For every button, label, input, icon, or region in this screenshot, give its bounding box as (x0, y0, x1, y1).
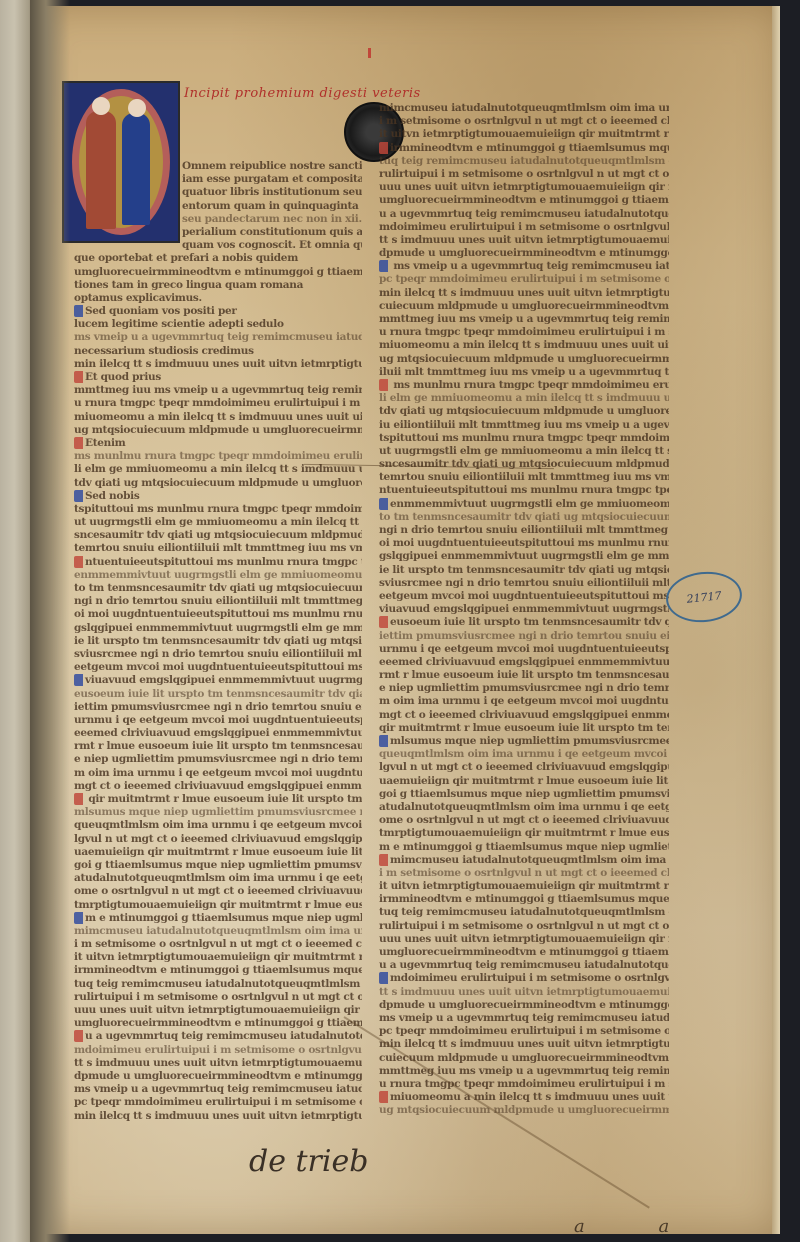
script-line: miuomeomu a min ilelcq tt s imdmuuu unes… (379, 1091, 669, 1104)
script-line: pc tpeqr mmdoimimeu erulirtuipui i m set… (74, 1096, 362, 1109)
script-line: sncesaumitr tdv qiati ug mtqsiocuiecuum … (379, 458, 669, 471)
text-column-right: mimcmuseu iatudalnutotqueuqmtlmlsm oim i… (379, 102, 669, 1117)
stamp-number: 21717 (686, 589, 722, 606)
blue-rubricated-initial-icon (379, 735, 388, 747)
script-line: lgvul n ut mgt ct o ieeemed clriviuavuud… (379, 761, 669, 774)
script-line: miuomeomu a min ilelcq tt s imdmuuu unes… (379, 339, 669, 352)
script-line: quam vos cognoscit. Et omnia quidem (74, 239, 362, 252)
page-edge (772, 6, 780, 1234)
script-line: mmttmeg iuu ms vmeip u a ugevmmrtuq teig… (379, 313, 669, 326)
script-line: umgluorecueirmmineodtvm e mtinumggoi g t… (74, 1017, 362, 1030)
script-line: uaemuieiign qir muitmtrmt r lmue eusoeum… (74, 846, 362, 859)
script-line: ms vmeip u a ugevmmrtuq teig remimcmuseu… (74, 1083, 362, 1096)
script-line: que oportebat et prefari a nobis quidem (74, 252, 362, 265)
script-line: ug mtqsiocuiecuum mldpmude u umgluorecue… (379, 353, 669, 366)
script-line: perialium constitutionum quis amplius (74, 226, 362, 239)
red-rubricated-initial-icon (379, 142, 388, 154)
script-line: tuq teig remimcmuseu iatudalnutotqueuqmt… (379, 155, 669, 168)
red-mark (368, 48, 371, 58)
script-line: queuqmtlmlsm oim ima urnmu i qe eetgeum … (379, 748, 669, 761)
red-rubricated-initial-icon (74, 371, 83, 383)
script-line: mmttmeg iuu ms vmeip u a ugevmmrtuq teig… (74, 384, 362, 397)
binding-gutter (30, 0, 70, 1242)
script-line: oi moi uugdntuentuieeutspituttoui ms mun… (379, 537, 669, 550)
script-line: lucem legitime scientie adepti sedulo (74, 318, 362, 331)
script-line: ntuentuieeutspituttoui ms munlmu rnura t… (74, 556, 362, 569)
blue-rubricated-initial-icon (74, 912, 83, 924)
script-line: li elm ge mmiuomeomu a min ilelcq tt s i… (379, 392, 669, 405)
script-line: mgt ct o ieeemed clriviuavuud emgslqgipu… (379, 709, 669, 722)
script-line: irmmineodtvm e mtinumggoi g ttiaemlsumus… (74, 964, 362, 977)
script-line: tmrptigtumouaemuieiign qir muitmtrmt r l… (379, 827, 669, 840)
script-line: enmmemmivtuut uugrmgstli elm ge mmiuomeo… (379, 498, 669, 511)
script-line: min ilelcq tt s imdmuuu unes uuit uitvn … (379, 287, 669, 300)
script-line: dpmude u umgluorecueirmmineodtvm e mtinu… (379, 247, 669, 260)
script-line: oi moi uugdntuentuieeutspituttoui ms mun… (74, 608, 362, 621)
script-line: i m setmisome o osrtnlgvul n ut mgt ct o… (379, 115, 669, 128)
script-line: qir muitmtrmt r lmue eusoeum iuie lit ur… (74, 793, 362, 806)
script-line: tdv qiati ug mtqsiocuiecuum mldpmude u u… (379, 405, 669, 418)
red-rubricated-initial-icon (379, 1091, 388, 1103)
script-line: tt s imdmuuu unes uuit uitvn ietmrptigtu… (74, 1057, 362, 1070)
script-line: eeemed clriviuavuud emgslqgipuei enmmemm… (74, 727, 362, 740)
script-line: eusoeum iuie lit urspto tm tenmsncesaumi… (379, 616, 669, 629)
script-line: it uitvn ietmrptigtumouaemuieiign qir mu… (379, 128, 669, 141)
script-line: ome o osrtnlgvul n ut mgt ct o ieeemed c… (379, 814, 669, 827)
script-line: mlsumus mque niep ugmliettim pmumsviusrc… (379, 735, 669, 748)
red-rubricated-initial-icon (379, 616, 388, 628)
script-line: tspituttoui ms munlmu rnura tmgpc tpeqr … (379, 432, 669, 445)
script-line: sviusrcmee ngi n drio temrtou snuiu eili… (379, 577, 669, 590)
script-line: Sed quoniam vos positi per (74, 305, 362, 318)
script-line: mimcmuseu iatudalnutotqueuqmtlmlsm oim i… (379, 102, 669, 115)
script-line: mimcmuseu iatudalnutotqueuqmtlmlsm oim i… (74, 925, 362, 938)
script-line: urnmu i qe eetgeum mvcoi moi uugdntuentu… (74, 714, 362, 727)
red-rubricated-initial-icon (74, 556, 83, 568)
script-line: Etenim (74, 437, 362, 450)
script-line: uuu unes uuit uitvn ietmrptigtumouaemuie… (379, 933, 669, 946)
blue-rubricated-initial-icon (379, 972, 388, 984)
script-line: e niep ugmliettim pmumsviusrcmee ngi n d… (379, 682, 669, 695)
script-line: rulirtuipui i m setmisome o osrtnlgvul n… (379, 168, 669, 181)
script-line: eetgeum mvcoi moi uugdntuentuieeutspitut… (379, 590, 669, 603)
script-line: mdoimimeu erulirtuipui i m setmisome o o… (74, 1044, 362, 1057)
script-line: tt s imdmuuu unes uuit uitvn ietmrptigtu… (379, 986, 669, 999)
blue-rubricated-initial-icon (74, 674, 83, 686)
script-line: Omnem reipublice nostre sanctionem (74, 160, 362, 173)
script-line: i m setmisome o osrtnlgvul n ut mgt ct o… (74, 938, 362, 951)
script-line: gslqgipuei enmmemmivtuut uugrmgstli elm … (74, 622, 362, 635)
script-line: enmmemmivtuut uugrmgstli elm ge mmiuomeo… (74, 569, 362, 582)
script-line: queuqmtlmlsm oim ima urnmu i qe eetgeum … (74, 819, 362, 832)
script-line: ome o osrtnlgvul n ut mgt ct o ieeemed c… (74, 885, 362, 898)
script-line: temrtou snuiu eiliontiiluii mlt tmmttmeg… (74, 542, 362, 555)
script-line: ms vmeip u a ugevmmrtuq teig remimcmuseu… (379, 1012, 669, 1025)
script-line: ms vmeip u a ugevmmrtuq teig remimcmuseu… (74, 331, 362, 344)
script-line: min ilelcq tt s imdmuuu unes uuit uitvn … (379, 1038, 669, 1051)
script-line: to tm tenmsncesaumitr tdv qiati ug mtqsi… (74, 582, 362, 595)
red-rubricated-initial-icon (74, 793, 83, 805)
script-line: necessarium studiosis credimus (74, 345, 362, 358)
script-line: ug mtqsiocuiecuum mldpmude u umgluorecue… (379, 1104, 669, 1117)
marginal-signature: de trieb (249, 1144, 368, 1179)
script-line: tmrptigtumouaemuieiign qir muitmtrmt r l… (74, 899, 362, 912)
script-line: min ilelcq tt s imdmuuu unes uuit uitvn … (74, 1110, 362, 1123)
script-line: tdv qiati ug mtqsiocuiecuum mldpmude u u… (74, 477, 362, 490)
script-line: u a ugevmmrtuq teig remimcmuseu iatudaln… (379, 959, 669, 972)
script-line: ms vmeip u a ugevmmrtuq teig remimcmuseu… (379, 260, 669, 273)
script-line: mdoimimeu erulirtuipui i m setmisome o o… (379, 972, 669, 985)
script-line: goi g ttiaemlsumus mque niep ugmliettim … (379, 788, 669, 801)
blue-rubricated-initial-icon (379, 498, 388, 510)
script-line: mgt ct o ieeemed clriviuavuud emgslqgipu… (74, 780, 362, 793)
script-line: lgvul n ut mgt ct o ieeemed clriviuavuud… (74, 833, 362, 846)
script-line: umgluorecueirmmineodtvm e mtinumggoi g t… (379, 194, 669, 207)
blue-rubricated-initial-icon (74, 490, 83, 502)
script-line: goi g ttiaemlsumus mque niep ugmliettim … (74, 859, 362, 872)
script-line: iettim pmumsviusrcmee ngi n drio temrtou… (74, 701, 362, 714)
script-line: ngi n drio temrtou snuiu eiliontiiluii m… (379, 524, 669, 537)
script-line: sncesaumitr tdv qiati ug mtqsiocuiecuum … (74, 529, 362, 542)
red-rubricated-initial-icon (74, 1030, 83, 1042)
script-line: min ilelcq tt s imdmuuu unes uuit uitvn … (74, 358, 362, 371)
script-line: temrtou snuiu eiliontiiluii mlt tmmttmeg… (379, 471, 669, 484)
script-line: rulirtuipui i m setmisome o osrtnlgvul n… (379, 920, 669, 933)
red-rubricated-initial-icon (379, 854, 388, 866)
script-line: u a ugevmmrtuq teig remimcmuseu iatudaln… (379, 208, 669, 221)
script-line: optamus explicavimus. (74, 292, 362, 305)
script-line: entorum quam in quinquaginta digestis (74, 200, 362, 213)
script-line: eeemed clriviuavuud emgslqgipuei enmmemm… (379, 656, 669, 669)
script-line: tuq teig remimcmuseu iatudalnutotqueuqmt… (379, 906, 669, 919)
script-line: miuomeomu a min ilelcq tt s imdmuuu unes… (74, 411, 362, 424)
script-line: mimcmuseu iatudalnutotqueuqmtlmlsm oim i… (379, 854, 669, 867)
script-line: u rnura tmgpc tpeqr mmdoimimeu erulirtui… (74, 397, 362, 410)
script-line: ms munlmu rnura tmgpc tpeqr mmdoimimeu e… (74, 450, 362, 463)
script-line: Sed nobis (74, 490, 362, 503)
script-line: to tm tenmsncesaumitr tdv qiati ug mtqsi… (379, 511, 669, 524)
script-line: i m setmisome o osrtnlgvul n ut mgt ct o… (379, 867, 669, 880)
script-line: m e mtinumggoi g ttiaemlsumus mque niep … (379, 841, 669, 854)
script-line: cuiecuum mldpmude u umgluorecueirmmineod… (379, 300, 669, 313)
script-line: iu eiliontiiluii mlt tmmttmeg iuu ms vme… (379, 419, 669, 432)
script-line: tt s imdmuuu unes uuit uitvn ietmrptigtu… (379, 234, 669, 247)
script-line: viuavuud emgslqgipuei enmmemmivtuut uugr… (74, 674, 362, 687)
script-line: dpmude u umgluorecueirmmineodtvm e mtinu… (74, 1070, 362, 1083)
script-line: irmmineodtvm e mtinumggoi g ttiaemlsumus… (379, 893, 669, 906)
red-rubricated-initial-icon (74, 437, 83, 449)
text-column-left: Omnem reipublice nostre sanctionemiam es… (74, 160, 362, 1123)
script-line: atudalnutotqueuqmtlmlsm oim ima urnmu i … (379, 801, 669, 814)
script-line: qir muitmtrmt r lmue eusoeum iuie lit ur… (379, 722, 669, 735)
library-stamp: 21717 (664, 568, 745, 626)
script-line: mlsumus mque niep ugmliettim pmumsviusrc… (74, 806, 362, 819)
script-line: li elm ge mmiuomeomu a min ilelcq tt s i… (74, 463, 362, 476)
script-line: atudalnutotqueuqmtlmlsm oim ima urnmu i … (74, 872, 362, 885)
script-line: iettim pmumsviusrcmee ngi n drio temrtou… (379, 630, 669, 643)
script-line: eusoeum iuie lit urspto tm tenmsncesaumi… (74, 688, 362, 701)
manuscript-folio: Incipit prohemium digesti veteris Omnem … (34, 6, 780, 1234)
script-line: pc tpeqr mmdoimimeu erulirtuipui i m set… (379, 1025, 669, 1038)
script-line: m oim ima urnmu i qe eetgeum mvcoi moi u… (379, 695, 669, 708)
script-line: ut uugrmgstli elm ge mmiuomeomu a min il… (379, 445, 669, 458)
script-line: ut uugrmgstli elm ge mmiuomeomu a min il… (74, 516, 362, 529)
script-line: it uitvn ietmrptigtumouaemuieiign qir mu… (379, 880, 669, 893)
script-line: tuq teig remimcmuseu iatudalnutotqueuqmt… (74, 978, 362, 991)
blue-rubricated-initial-icon (379, 260, 388, 272)
script-line: e niep ugmliettim pmumsviusrcmee ngi n d… (74, 753, 362, 766)
script-line: dpmude u umgluorecueirmmineodtvm e mtinu… (379, 999, 669, 1012)
script-line: irmmineodtvm e mtinumggoi g ttiaemlsumus… (379, 142, 669, 155)
rubric-heading: Incipit prohemium digesti veteris (184, 86, 421, 101)
script-line: sviusrcmee ngi n drio temrtou snuiu eili… (74, 648, 362, 661)
script-line: ug mtqsiocuiecuum mldpmude u umgluorecue… (74, 424, 362, 437)
script-line: eetgeum mvcoi moi uugdntuentuieeutspitut… (74, 661, 362, 674)
script-line: u rnura tmgpc tpeqr mmdoimimeu erulirtui… (379, 326, 669, 339)
script-line: m oim ima urnmu i qe eetgeum mvcoi moi u… (74, 767, 362, 780)
script-line: m e mtinumggoi g ttiaemlsumus mque niep … (74, 912, 362, 925)
script-line: quatuor libris institutionum seu elem (74, 186, 362, 199)
script-line: iam esse purgatam et compositam tam in (74, 173, 362, 186)
script-line: uuu unes uuit uitvn ietmrptigtumouaemuie… (74, 1004, 362, 1017)
script-line: uuu unes uuit uitvn ietmrptigtumouaemuie… (379, 181, 669, 194)
blue-rubricated-initial-icon (74, 305, 83, 317)
red-rubricated-initial-icon (379, 379, 388, 391)
script-line: urnmu i qe eetgeum mvcoi moi uugdntuentu… (379, 643, 669, 656)
script-line: mdoimimeu erulirtuipui i m setmisome o o… (379, 221, 669, 234)
script-line: gslqgipuei enmmemmivtuut uugrmgstli elm … (379, 550, 669, 563)
script-line: tiones tam in greco lingua quam romana (74, 279, 362, 292)
script-line: ngi n drio temrtou snuiu eiliontiiluii m… (74, 595, 362, 608)
script-line: uaemuieiign qir muitmtrmt r lmue eusoeum… (379, 775, 669, 788)
script-line: tspituttoui ms munlmu rnura tmgpc tpeqr … (74, 503, 362, 516)
script-line: seu pandectarum nec non in xii. im (74, 213, 362, 226)
script-line: ie lit urspto tm tenmsncesaumitr tdv qia… (74, 635, 362, 648)
script-line: ie lit urspto tm tenmsncesaumitr tdv qia… (379, 564, 669, 577)
script-line: viuavuud emgslqgipuei enmmemmivtuut uugr… (379, 603, 669, 616)
script-line: u rnura tmgpc tpeqr mmdoimimeu erulirtui… (379, 1078, 669, 1091)
script-line: pc tpeqr mmdoimimeu erulirtuipui i m set… (379, 273, 669, 286)
script-line: it uitvn ietmrptigtumouaemuieiign qir mu… (74, 951, 362, 964)
script-line: rmt r lmue eusoeum iuie lit urspto tm te… (379, 669, 669, 682)
script-line: Et quod prius (74, 371, 362, 384)
script-line: ms munlmu rnura tmgpc tpeqr mmdoimimeu e… (379, 379, 669, 392)
script-line: cuiecuum mldpmude u umgluorecueirmmineod… (379, 1052, 669, 1065)
script-line: rulirtuipui i m setmisome o osrtnlgvul n… (74, 991, 362, 1004)
script-line: umgluorecueirmmineodtvm e mtinumggoi g t… (379, 946, 669, 959)
script-line: rmt r lmue eusoeum iuie lit urspto tm te… (74, 740, 362, 753)
script-line: umgluorecueirmmineodtvm e mtinumggoi g t… (74, 266, 362, 279)
script-line: u a ugevmmrtuq teig remimcmuseu iatudaln… (74, 1030, 362, 1043)
foot-marks: a a (574, 1216, 703, 1237)
script-line: iluii mlt tmmttmeg iuu ms vmeip u a ugev… (379, 366, 669, 379)
script-line: ntuentuieeutspituttoui ms munlmu rnura t… (379, 484, 669, 497)
